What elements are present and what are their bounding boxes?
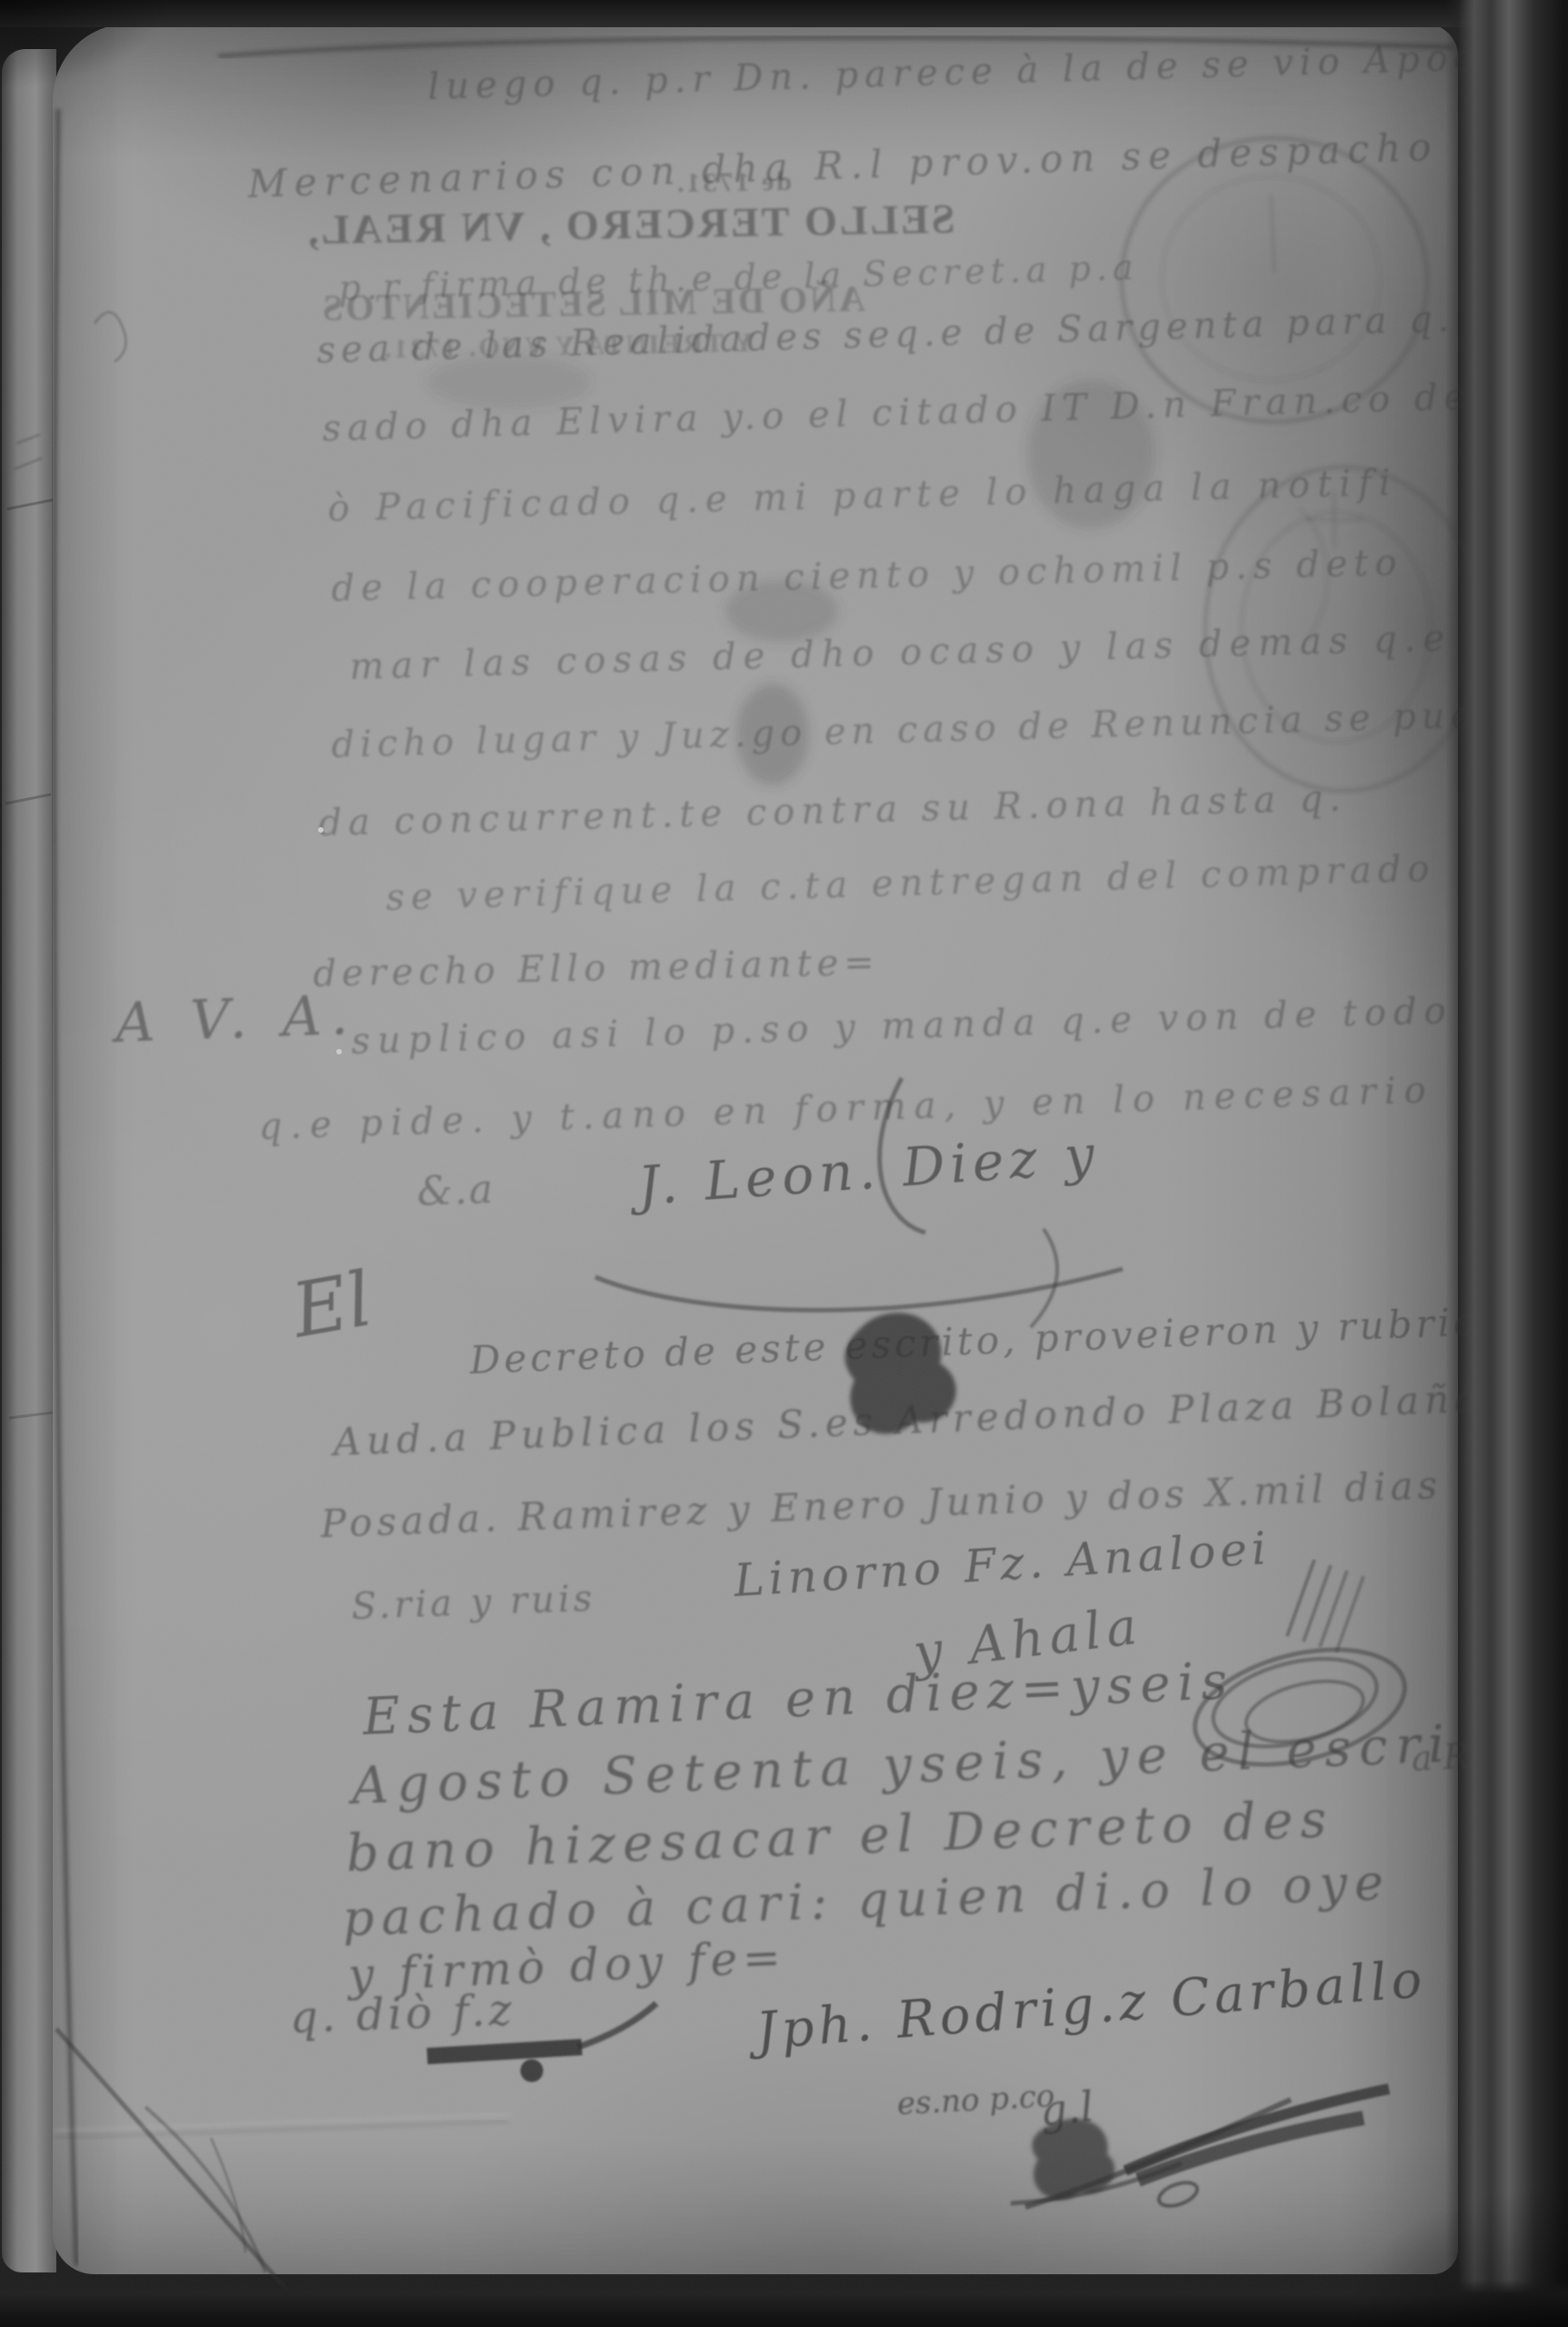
book-gutter-shadow: [1445, 0, 1568, 2327]
corner-shadow-topleft: [0, 0, 218, 109]
photo-frame-top: [0, 0, 1568, 27]
corner-shadow-bottomright: [1277, 2145, 1568, 2327]
manuscript-scan: de 1731.SELLO TERCERO , VN REAL,AÑO DE M…: [0, 0, 1568, 2327]
ink-marks-overlay: [0, 0, 1568, 2327]
film-grain: [0, 0, 1568, 2327]
